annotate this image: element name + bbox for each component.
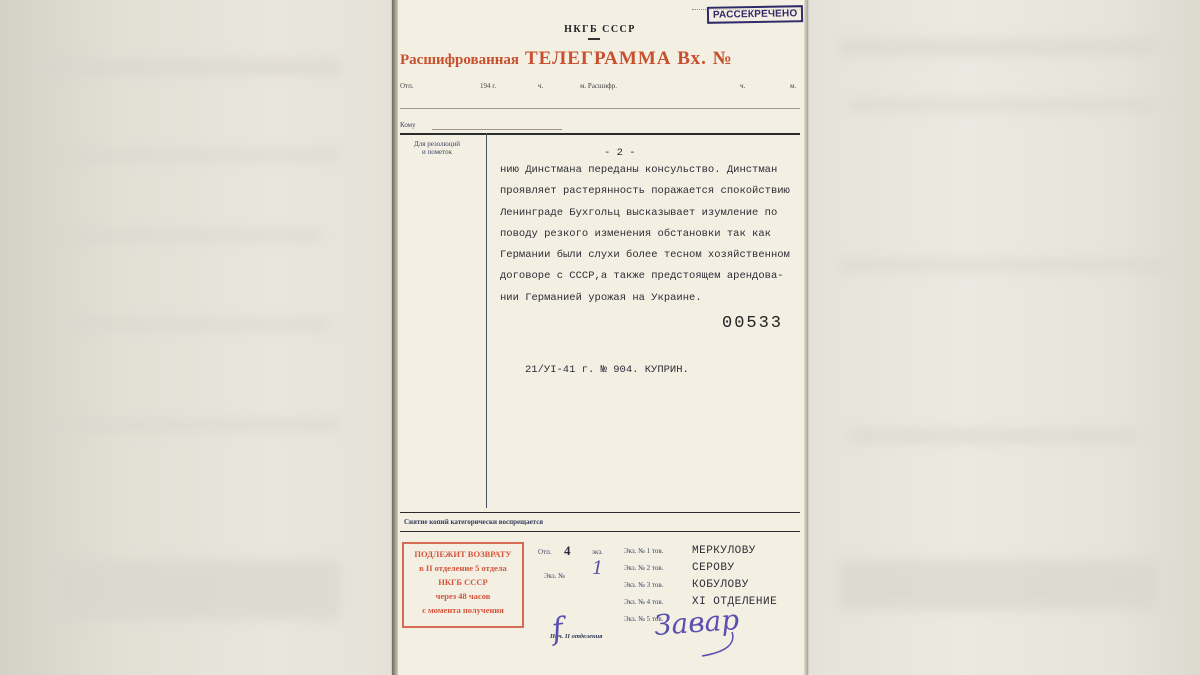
body-line: договоре с СССР,а также предстоящем арен… — [500, 266, 800, 287]
recipient-row: Экз. № 2 тов.СЕРОВУ — [624, 557, 777, 574]
recipient-label: Экз. № 2 тов. — [624, 564, 692, 572]
telegram-body: нию Динстмана переданы консульство. Динс… — [500, 160, 800, 309]
recipient-name: КОБУЛОВУ — [692, 579, 749, 591]
footer-divider-bottom — [400, 531, 800, 532]
year-field: 194 г. — [480, 82, 496, 90]
return-stamp-line: ПОДЛЕЖИТ ВОЗВРАТУ — [404, 547, 522, 561]
blank-line — [400, 108, 800, 109]
return-stamp-line: через 48 часов — [404, 589, 522, 603]
recipient-name: МЕРКУЛОВУ — [692, 545, 756, 557]
title-prefix: Расшифрованная — [400, 52, 519, 68]
document-title: РасшифрованнаяТЕЛЕГРАММА Вх. № — [400, 48, 733, 70]
telegram-document: РАССЕКРЕЧЕНО НКГБ СССР РасшифрованнаяТЕЛ… — [392, 0, 808, 675]
declassified-stamp: РАССЕКРЕЧЕНО — [707, 5, 804, 24]
copy-prohibited-note: Снятие копий категорически воспрещается — [404, 518, 543, 526]
document-number: 00533 — [722, 314, 783, 333]
recipient-row: Экз. № 3 тов.КОБУЛОВУ — [624, 574, 777, 591]
body-line: нии Германией урожая на Украине. — [500, 288, 800, 309]
return-stamp: ПОДЛЕЖИТ ВОЗВРАТУ в II отделение 5 отдел… — [402, 542, 524, 628]
hours2-field: ч. — [740, 82, 745, 90]
header-dash — [588, 38, 600, 40]
margin-label-line-1: Для резолюций — [402, 140, 472, 148]
blurred-background-left — [0, 0, 392, 675]
margin-label-line-2: и пометок — [402, 148, 472, 156]
header-divider — [400, 133, 800, 135]
minutes2-field: м. — [790, 82, 796, 90]
sender-signature-line: 21/УI-41 г. № 904. КУПРИН. — [525, 364, 689, 376]
title-main: ТЕЛЕГРАММА Вх. № — [525, 48, 733, 69]
copy-no-label: Экз. № — [544, 572, 565, 580]
body-line: проявляет растерянность поражается споко… — [500, 181, 800, 202]
hours-field: ч. — [538, 82, 543, 90]
return-stamp-line: НКГБ СССР — [404, 575, 522, 589]
body-line: Германии были слухи более тесном хозяйст… — [500, 245, 800, 266]
signature-flourish — [692, 630, 742, 660]
recipient-label: Экз. № 1 тов. — [624, 547, 692, 555]
margin-divider — [486, 133, 487, 508]
body-line: нию Динстмана переданы консульство. Динс… — [500, 160, 800, 181]
body-line: поводу резкого изменения обстановки так … — [500, 224, 800, 245]
copies-label: экз. — [592, 548, 603, 556]
recipient-label: Экз. № 3 тов. — [624, 581, 692, 589]
to-whom-line — [432, 129, 562, 130]
page-number: - 2 - — [604, 147, 636, 159]
copy-no-value: 1 — [592, 558, 603, 579]
agency-header: НКГБ СССР — [392, 24, 808, 35]
recipient-name: СЕРОВУ — [692, 562, 735, 574]
blurred-background-right — [808, 0, 1200, 675]
recipient-row: Экз. № 1 тов.МЕРКУЛОВУ — [624, 540, 777, 557]
recipient-label: Экз. № 4 тов. — [624, 598, 692, 606]
to-whom-label: Кому — [400, 121, 416, 129]
footer-divider-top — [400, 512, 800, 513]
sent-label: Отп. — [400, 82, 414, 90]
return-stamp-line: в II отделение 5 отдела — [404, 561, 522, 575]
return-stamp-line: с момента получения — [404, 603, 522, 617]
printed-label: Отп. — [538, 548, 552, 556]
body-line: Ленинграде Бухгольц высказывает изумлени… — [500, 203, 800, 224]
printed-count: 4 — [564, 543, 571, 559]
margin-label: Для резолюций и пометок — [402, 140, 472, 156]
decrypt-field: м. Расшифр. — [580, 82, 617, 90]
handwritten-initial-mark: f — [550, 611, 566, 647]
